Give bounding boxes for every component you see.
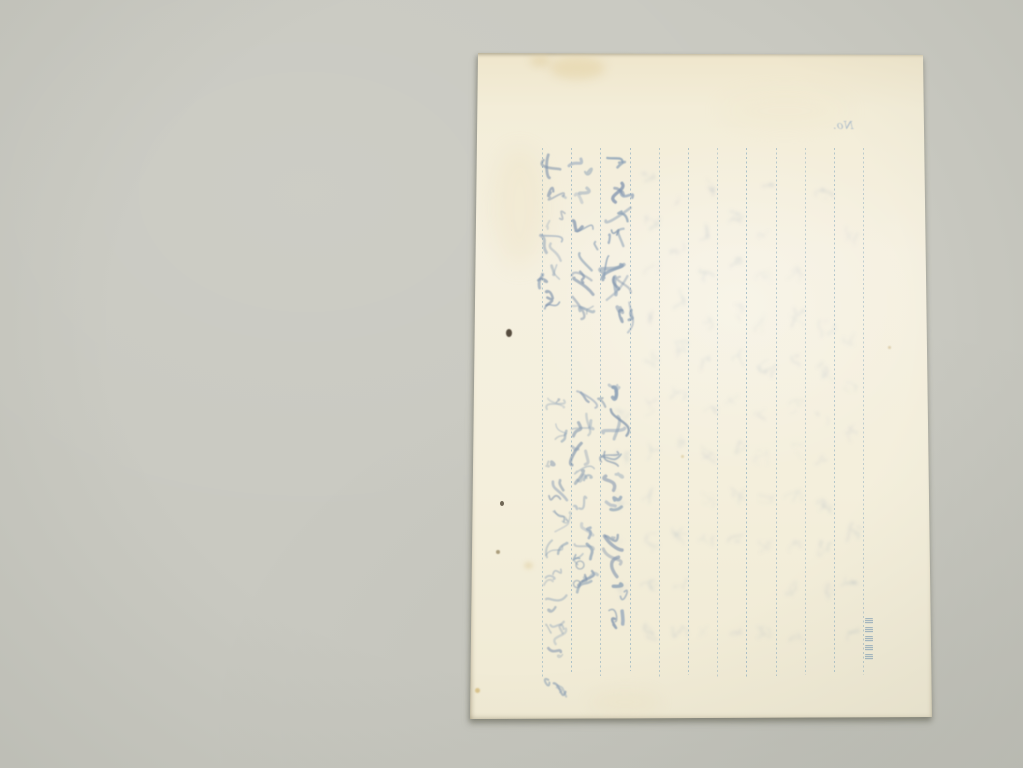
foxing-spot [590, 691, 660, 713]
ruled-line [805, 148, 806, 675]
foxing-spot [681, 455, 684, 458]
ruled-line [746, 148, 747, 678]
photo-background: No. [0, 0, 1023, 768]
ruled-line [776, 148, 777, 676]
stationery-glyph [865, 618, 873, 624]
foxing-spot [492, 148, 547, 268]
foxing-spot [550, 57, 605, 79]
ruled-line [630, 148, 631, 671]
page-number-no-mark: No. [830, 119, 856, 132]
paper-surface: No. [470, 53, 932, 719]
ruled-line [717, 148, 718, 678]
ruled-line [571, 148, 572, 672]
foxing-spot [530, 55, 550, 67]
foxing-spot [500, 501, 504, 506]
faint-ghost-text [614, 172, 861, 642]
stationery-glyph [865, 636, 873, 642]
foxing-spot [888, 346, 891, 349]
foxing-spot [524, 562, 533, 569]
stationery-glyph [865, 654, 873, 660]
foxing-spot [506, 329, 512, 337]
ruled-line [542, 148, 543, 677]
manuscript-sheet: No. [470, 53, 932, 719]
stationery-glyph [865, 645, 873, 651]
ruled-line [834, 148, 835, 672]
mirrored-handwriting [538, 155, 633, 697]
foxing-spot [496, 550, 500, 554]
foxing-spot [475, 688, 480, 693]
ruled-line [659, 148, 660, 678]
ruled-line [688, 148, 689, 675]
ruled-line [600, 148, 601, 676]
stationery-glyph [865, 627, 873, 633]
ruled-line [863, 148, 864, 675]
